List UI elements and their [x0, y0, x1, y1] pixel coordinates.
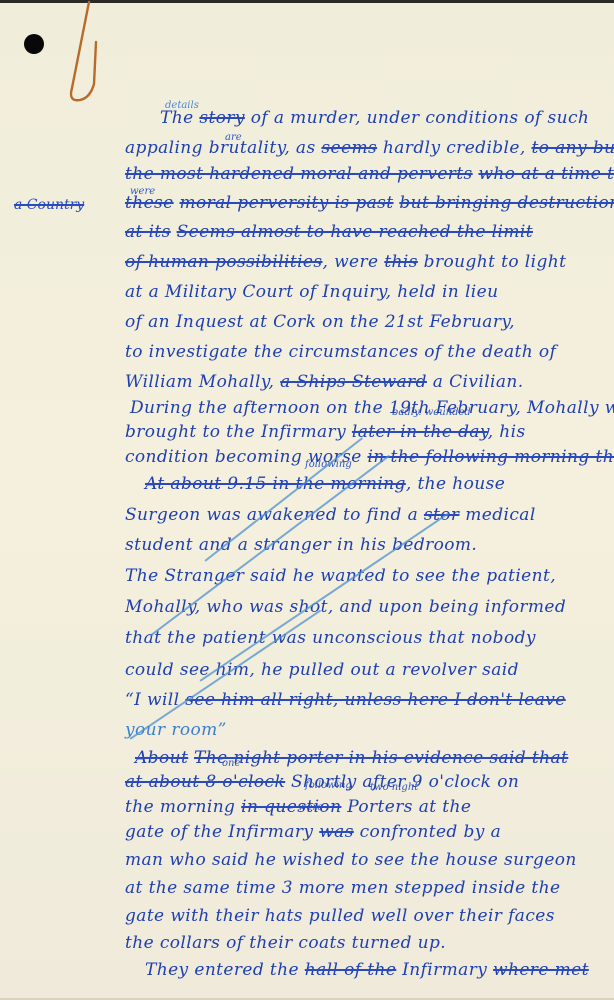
text-line: at its Seems almost to have reached the … [125, 222, 533, 242]
manuscript-page: a Country details are were badly. wounde… [0, 0, 614, 1000]
text-line: could see him, he pulled out a revolver … [125, 660, 519, 680]
text-line: Mohally, who was shot, and upon being in… [125, 597, 566, 617]
text-line: gate of the Infirmary was confronted by … [125, 822, 501, 842]
text-line: At about 9.15 in the morning, the house [145, 474, 505, 494]
text-line: that the patient was unconscious that no… [125, 628, 536, 648]
text-line: The Stranger said he wanted to see the p… [125, 566, 556, 586]
text-line: at the same time 3 more men stepped insi… [125, 878, 560, 898]
text-line: of human possibilities, were this brough… [125, 252, 566, 272]
text-line: gate with their hats pulled well over th… [125, 906, 555, 926]
text-line: appaling brutality, as seems hardly cred… [125, 138, 614, 158]
text-line: During the afternoon on the 19th Februar… [130, 398, 614, 418]
text-line: man who said he wished to see the house … [125, 850, 577, 870]
margin-note: a Country [14, 197, 84, 213]
paperclip-stain-icon [50, 0, 100, 110]
text-line: the collars of their coats turned up. [125, 933, 446, 953]
text-line: at about 8 o'clock Shortly after 9 o'clo… [125, 772, 519, 792]
text-line: “I will see him all right, unless here I… [125, 690, 566, 710]
text-line: of an Inquest at Cork on the 21st Februa… [125, 312, 515, 332]
text-line: condition becoming worse in the followin… [125, 447, 614, 467]
text-line: student and a stranger in his bedroom. [125, 535, 477, 555]
text-line: Surgeon was awakened to find a stor medi… [125, 505, 536, 525]
text-line: About The night porter in his evidence s… [135, 748, 568, 768]
text-line: at a Military Court of Inquiry, held in … [125, 282, 498, 302]
text-line: brought to the Infirmary later in the da… [125, 422, 526, 442]
text-line: the most hardened moral and perverts who… [125, 164, 614, 184]
text-line: William Mohally, a Ships Steward a Civil… [125, 372, 524, 392]
text-line: The story of a murder, under conditions … [160, 108, 589, 128]
punch-hole [24, 34, 44, 54]
text-line: to investigate the circumstances of the … [125, 342, 556, 362]
text-line: They entered the hall of the Infirmary w… [145, 960, 589, 980]
text-line: these moral perversity is past but bring… [125, 193, 614, 213]
text-line: the morning in question Porters at the [125, 797, 471, 817]
